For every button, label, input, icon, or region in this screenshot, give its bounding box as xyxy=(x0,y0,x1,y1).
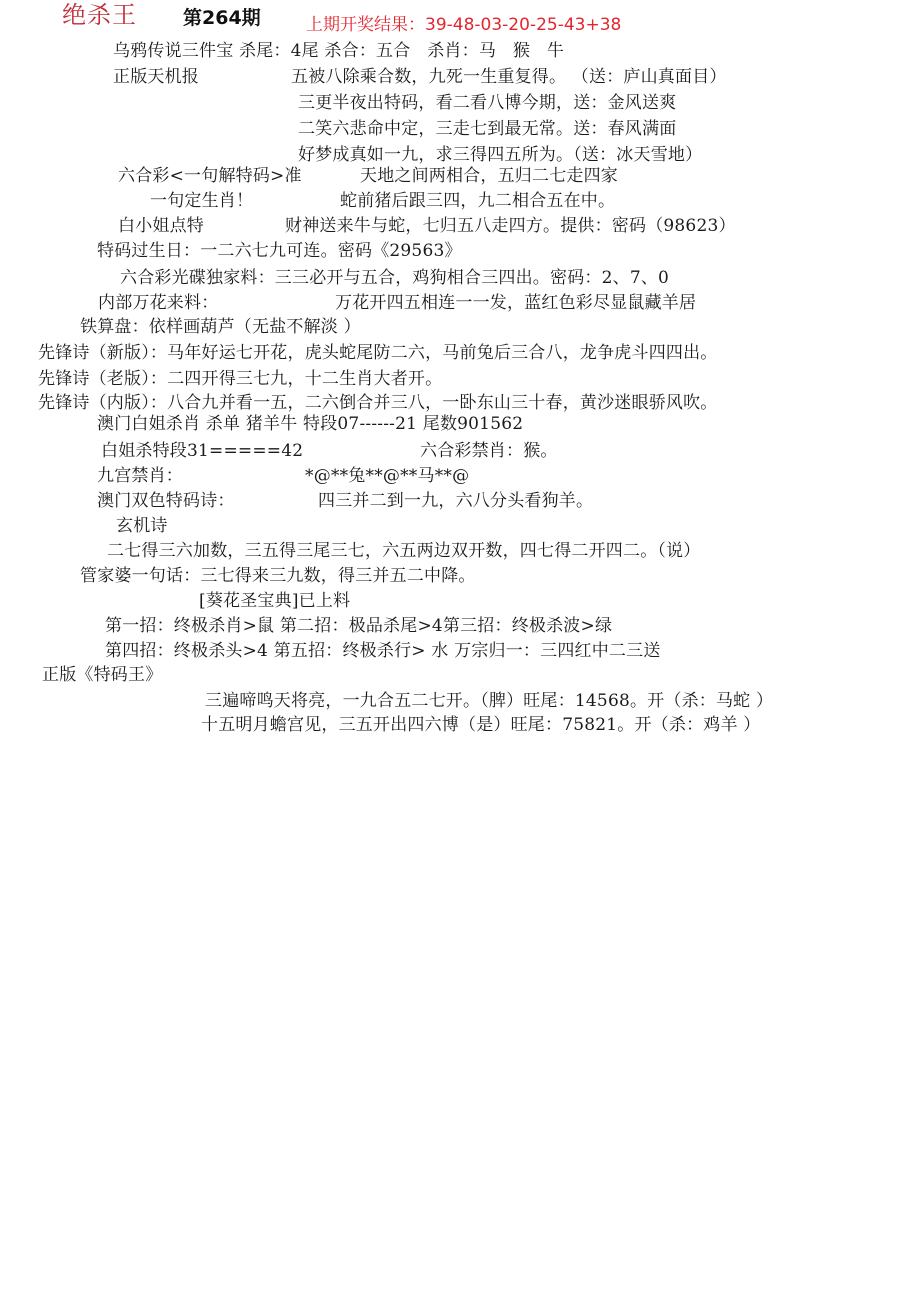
text-line: 蛇前猪后跟三四，九二相合五在中。 xyxy=(340,190,615,212)
text-line: 第一招：终极杀肖>鼠 第二招：极品杀尾>4第三招：终极杀波>绿 xyxy=(105,615,612,637)
text-line: 第四招：终极杀头>4 第五招：终极杀行> 水 万宗归一：三四红中二三送 xyxy=(105,640,661,662)
text-line: 九宫禁肖： xyxy=(97,465,183,487)
text-line: 乌鸦传说三件宝 杀尾：4尾 杀合：五合 杀肖：马 猴 牛 xyxy=(113,40,564,62)
text-line: 正版《特码王》 xyxy=(42,664,162,686)
issue-number: 第264期 xyxy=(183,6,261,30)
text-line: 特码过生日：一二六七九可连。密码《29563》 xyxy=(97,240,462,262)
text-line: 白小姐点特 xyxy=(118,215,204,237)
text-line: 四三并二到一九，六八分头看狗羊。 xyxy=(318,490,593,512)
text-line: 天地之间两相合，五归二七走四家 xyxy=(360,165,618,187)
text-line: 二笑六悲命中定，三走七到最无常。送：春风满面 xyxy=(298,118,676,140)
text-line: *@**兔**@**马**@ xyxy=(305,465,469,487)
text-line: 澳门白姐杀肖 杀单 猪羊牛 特段07------21 尾数901562 xyxy=(97,413,523,435)
text-line: 三遍啼鸣天将亮，一九合五二七开。（脾）旺尾：14568。开（杀：马蛇 ） xyxy=(205,690,773,712)
page-title: 绝杀王 xyxy=(62,0,137,30)
text-line: 玄机诗 xyxy=(116,515,168,537)
last-draw-result-value: 39-48-03-20-25-43+38 xyxy=(425,15,621,35)
text-line: 二七得三六加数，三五得三尾三七，六五两边双开数，四七得二开四二。（说） xyxy=(107,540,701,562)
text-line: 财神送来牛与蛇，七归五八走四方。提供：密码（98623） xyxy=(285,215,736,237)
text-line: [葵花圣宝典]已上料 xyxy=(199,590,350,612)
text-line: 先锋诗（新版）：马年好运七开花，虎头蛇尾防二六，马前兔后三合八，龙争虎斗四四出。 xyxy=(38,342,718,364)
text-line: 六合彩<一句解特码>准 xyxy=(118,165,302,187)
text-line: 铁算盘：依样画葫芦（无盐不解淡 ） xyxy=(80,316,361,338)
text-line: 正版天机报 xyxy=(113,66,199,88)
text-line: 管家婆一句话：三七得来三九数，得三并五二中降。 xyxy=(80,565,476,587)
text-line: 先锋诗（内版）：八合九并看一五，二六倒合并三八，一卧东山三十春，黄沙迷眼骄风吹。 xyxy=(38,392,718,414)
text-line: 先锋诗（老版）：二四开得三七九，十二生肖大者开。 xyxy=(38,368,442,390)
text-line: 六合彩光碟独家料：三三必开与五合，鸡狗相合三四出。密码：2、7、0 xyxy=(120,267,669,289)
text-line: 三更半夜出特码，看二看八博今期，送：金风送爽 xyxy=(298,92,676,114)
last-draw-result-label: 上期开奖结果： xyxy=(306,15,425,35)
text-line: 澳门双色特码诗： xyxy=(97,490,235,512)
text-line: 好梦成真如一九，求三得四五所为。（送：冰天雪地） xyxy=(298,144,702,166)
text-line: 六合彩禁肖：猴。 xyxy=(420,440,558,462)
text-line: 十五明月蟾宫见，三五开出四六博（是）旺尾：75821。开（杀：鸡羊 ） xyxy=(201,714,760,736)
text-line: 内部万花来料： xyxy=(98,292,218,314)
last-draw-result: 上期开奖结果：39-48-03-20-25-43+38 xyxy=(306,14,621,36)
text-line: 万花开四五相连一一发，蓝红色彩尽显鼠藏羊居 xyxy=(335,292,696,314)
text-line: 五被八除乘合数，九死一生重复得。 （送：庐山真面目） xyxy=(291,66,727,88)
text-line: 白姐杀特段31=====42 xyxy=(101,440,303,462)
text-line: 一句定生肖！ xyxy=(150,190,253,212)
